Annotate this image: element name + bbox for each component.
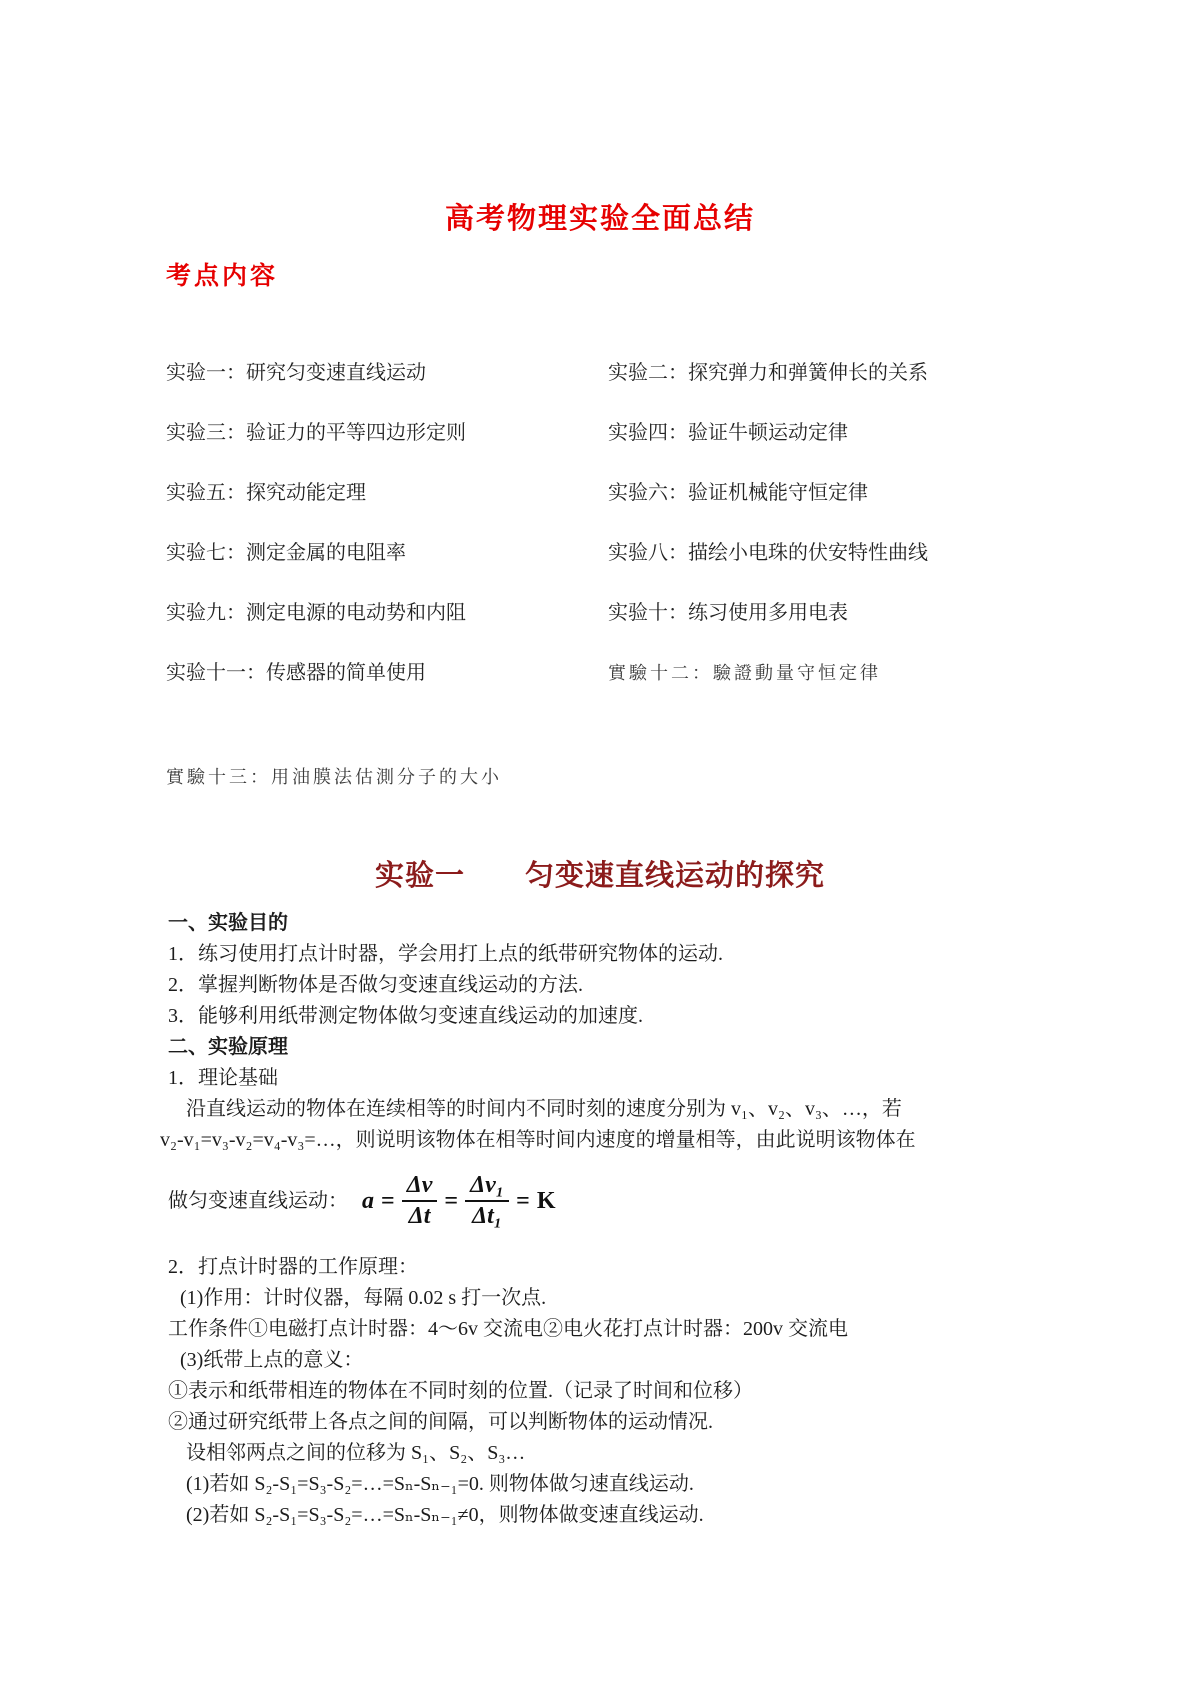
- theory-line-2: v₂-v₁=v₃-v₂=v₄-v₃=…，则说明该物体在相等时间内速度的增量相等，…: [160, 1125, 1065, 1156]
- timer-line-8: (2)若如 S₂-S₁=S₃-S₂=…=Sₙ-Sₙ₋₁≠0，则物体做变速直线运动…: [160, 1500, 1065, 1531]
- formula-equals: =: [444, 1186, 458, 1217]
- formula-fraction-1-numerator: Δv: [402, 1173, 438, 1202]
- timer-heading: 2．打点计时器的工作原理：: [160, 1252, 1065, 1283]
- experiment-item-13: 實驗十三：用油膜法估測分子的大小: [166, 763, 502, 789]
- formula-lead-text: 做匀变速直线运动：: [160, 1186, 348, 1217]
- acceleration-formula-line: 做匀变速直线运动： a = Δv Δt = Δv₁ Δt₁ = K: [160, 1164, 1065, 1238]
- experiment-item-11: 实验十一：传感器的简单使用: [166, 662, 608, 685]
- exam-points-heading: 考点内容: [166, 256, 278, 292]
- formula-fraction-1-denominator: Δt: [409, 1202, 431, 1229]
- experiment-row: 实验五：探究动能定理 实验六：验证机械能守恒定律: [166, 482, 1066, 505]
- experiment-item-3: 实验三：验证力的平等四边形定则: [166, 422, 608, 445]
- experiment-item-4: 实验四：验证牛顿运动定律: [608, 422, 1066, 445]
- theory-line-1: 沿直线运动的物体在连续相等的时间内不同时刻的速度分别为 v₁、v₂、v₃、…，若: [160, 1094, 1065, 1125]
- timer-line-7: (1)若如 S₂-S₁=S₃-S₂=…=Sₙ-Sₙ₋₁=0. 则物体做匀速直线运…: [160, 1469, 1065, 1500]
- formula-fraction-1: Δv Δt: [402, 1173, 438, 1229]
- experiment-row: 实验九：测定电源的电动势和内阻 实验十：练习使用多用电表: [166, 602, 1066, 625]
- formula-equals: =: [516, 1186, 530, 1217]
- document-page: 高考物理实验全面总结 考点内容 实验一：研究匀变速直线运动 实验二：探究弹力和弹…: [0, 0, 1200, 1697]
- experiment-item-9: 实验九：测定电源的电动势和内阻: [166, 602, 608, 625]
- experiment-item-12: 實驗十二：驗證動量守恒定律: [608, 662, 1066, 685]
- purpose-item-2: 2．掌握判断物体是否做匀变速直线运动的方法.: [160, 970, 1065, 1001]
- timer-line-5: ②通过研究纸带上各点之间的间隔，可以判断物体的运动情况.: [160, 1407, 1065, 1438]
- experiment-row: 实验七：测定金属的电阻率 实验八：描绘小电珠的伏安特性曲线: [166, 542, 1066, 565]
- purpose-heading: 一、实验目的: [160, 908, 1065, 939]
- timer-line-2: 工作条件①电磁打点计时器：4～6v 交流电②电火花打点计时器：200v 交流电: [160, 1314, 1065, 1345]
- formula-var-a: a: [362, 1186, 374, 1217]
- experiment-row: 实验一：研究匀变速直线运动 实验二：探究弹力和弹簧伸长的关系: [166, 362, 1066, 385]
- section1-title: 实验一 匀变速直线运动的探究: [0, 853, 1200, 894]
- timer-line-3: (3)纸带上点的意义：: [160, 1345, 1065, 1376]
- experiment-item-2: 实验二：探究弹力和弹簧伸长的关系: [608, 362, 1066, 385]
- acceleration-formula: a = Δv Δt = Δv₁ Δt₁ = K: [362, 1173, 556, 1229]
- formula-fraction-2-numerator: Δv₁: [465, 1173, 509, 1202]
- experiment-item-7: 实验七：测定金属的电阻率: [166, 542, 608, 565]
- formula-fraction-2-denominator: Δt₁: [472, 1202, 502, 1229]
- theory-heading: 1．理论基础: [160, 1063, 1065, 1094]
- page-title: 高考物理实验全面总结: [0, 196, 1200, 237]
- purpose-item-3: 3．能够利用纸带测定物体做匀变速直线运动的加速度.: [160, 1001, 1065, 1032]
- experiment-list: 实验一：研究匀变速直线运动 实验二：探究弹力和弹簧伸长的关系 实验三：验证力的平…: [166, 362, 1066, 722]
- experiment-item-5: 实验五：探究动能定理: [166, 482, 608, 505]
- experiment-row: 实验三：验证力的平等四边形定则 实验四：验证牛顿运动定律: [166, 422, 1066, 445]
- purpose-item-1: 1．练习使用打点计时器，学会用打上点的纸带研究物体的运动.: [160, 939, 1065, 970]
- experiment-item-6: 实验六：验证机械能守恒定律: [608, 482, 1066, 505]
- formula-equals: =: [381, 1186, 395, 1217]
- timer-line-6: 设相邻两点之间的位移为 S₁、S₂、S₃…: [160, 1438, 1065, 1469]
- timer-line-4: ①表示和纸带相连的物体在不同时刻的位置.（记录了时间和位移）: [160, 1376, 1065, 1407]
- timer-line-1: (1)作用：计时仪器，每隔 0.02 s 打一次点.: [160, 1283, 1065, 1314]
- principle-heading: 二、实验原理: [160, 1032, 1065, 1063]
- experiment-item-10: 实验十：练习使用多用电表: [608, 602, 1066, 625]
- experiment-row: 实验十一：传感器的简单使用 實驗十二：驗證動量守恒定律: [166, 662, 1066, 685]
- section1-body: 一、实验目的 1．练习使用打点计时器，学会用打上点的纸带研究物体的运动. 2．掌…: [160, 908, 1065, 1531]
- experiment-item-8: 实验八：描绘小电珠的伏安特性曲线: [608, 542, 1066, 565]
- experiment-item-1: 实验一：研究匀变速直线运动: [166, 362, 608, 385]
- formula-result-k: K: [537, 1186, 556, 1217]
- formula-fraction-2: Δv₁ Δt₁: [465, 1173, 509, 1229]
